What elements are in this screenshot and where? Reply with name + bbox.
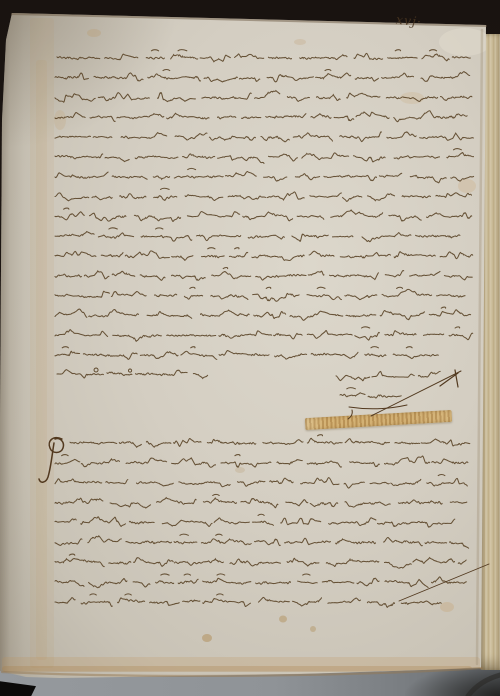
corner-sweep — [468, 675, 500, 696]
handwritten-line — [55, 168, 474, 182]
handwritten-line — [55, 91, 472, 103]
handwritten-line — [55, 287, 465, 301]
chancery-note-lines — [336, 371, 440, 398]
handwritten-line — [55, 327, 473, 341]
handwritten-line — [70, 435, 470, 448]
manuscript-photo: xvj· — [0, 0, 500, 696]
handwritten-line — [55, 574, 466, 588]
handwritten-line — [57, 50, 470, 62]
note-diagonal — [371, 371, 461, 416]
handwritten-line — [55, 307, 471, 320]
letter-2-lines — [55, 435, 470, 608]
handwritten-line — [55, 494, 467, 508]
handwritten-line — [55, 132, 473, 142]
handwritten-line — [55, 455, 468, 468]
page-bottom-edge — [2, 668, 482, 676]
date-superscripts — [94, 368, 132, 372]
handwritten-line — [55, 267, 472, 280]
closing-flourish — [399, 564, 489, 601]
handwritten-line — [55, 149, 474, 164]
handwritten-line — [57, 370, 208, 379]
date-line — [57, 370, 208, 379]
handwritten-line — [55, 188, 471, 201]
letter-1-lines — [55, 50, 474, 360]
handwritten-line — [55, 347, 438, 360]
folio-number: xvj· — [395, 12, 422, 30]
initial-p — [39, 438, 63, 482]
handwritten-line — [55, 534, 469, 548]
handwritten-line — [55, 554, 466, 568]
handwritten-line — [340, 388, 401, 398]
handwritten-line — [55, 474, 467, 488]
handwritten-line — [55, 69, 470, 81]
handwriting-layer — [0, 0, 500, 696]
handwritten-line — [55, 228, 460, 242]
handwritten-line — [55, 248, 473, 261]
note-underline — [348, 405, 407, 419]
handwritten-line — [55, 514, 455, 527]
paraph-mark — [440, 370, 458, 387]
handwritten-line — [55, 208, 472, 221]
handwritten-line — [55, 111, 467, 122]
handwritten-line — [336, 371, 440, 380]
handwritten-line — [55, 594, 441, 607]
